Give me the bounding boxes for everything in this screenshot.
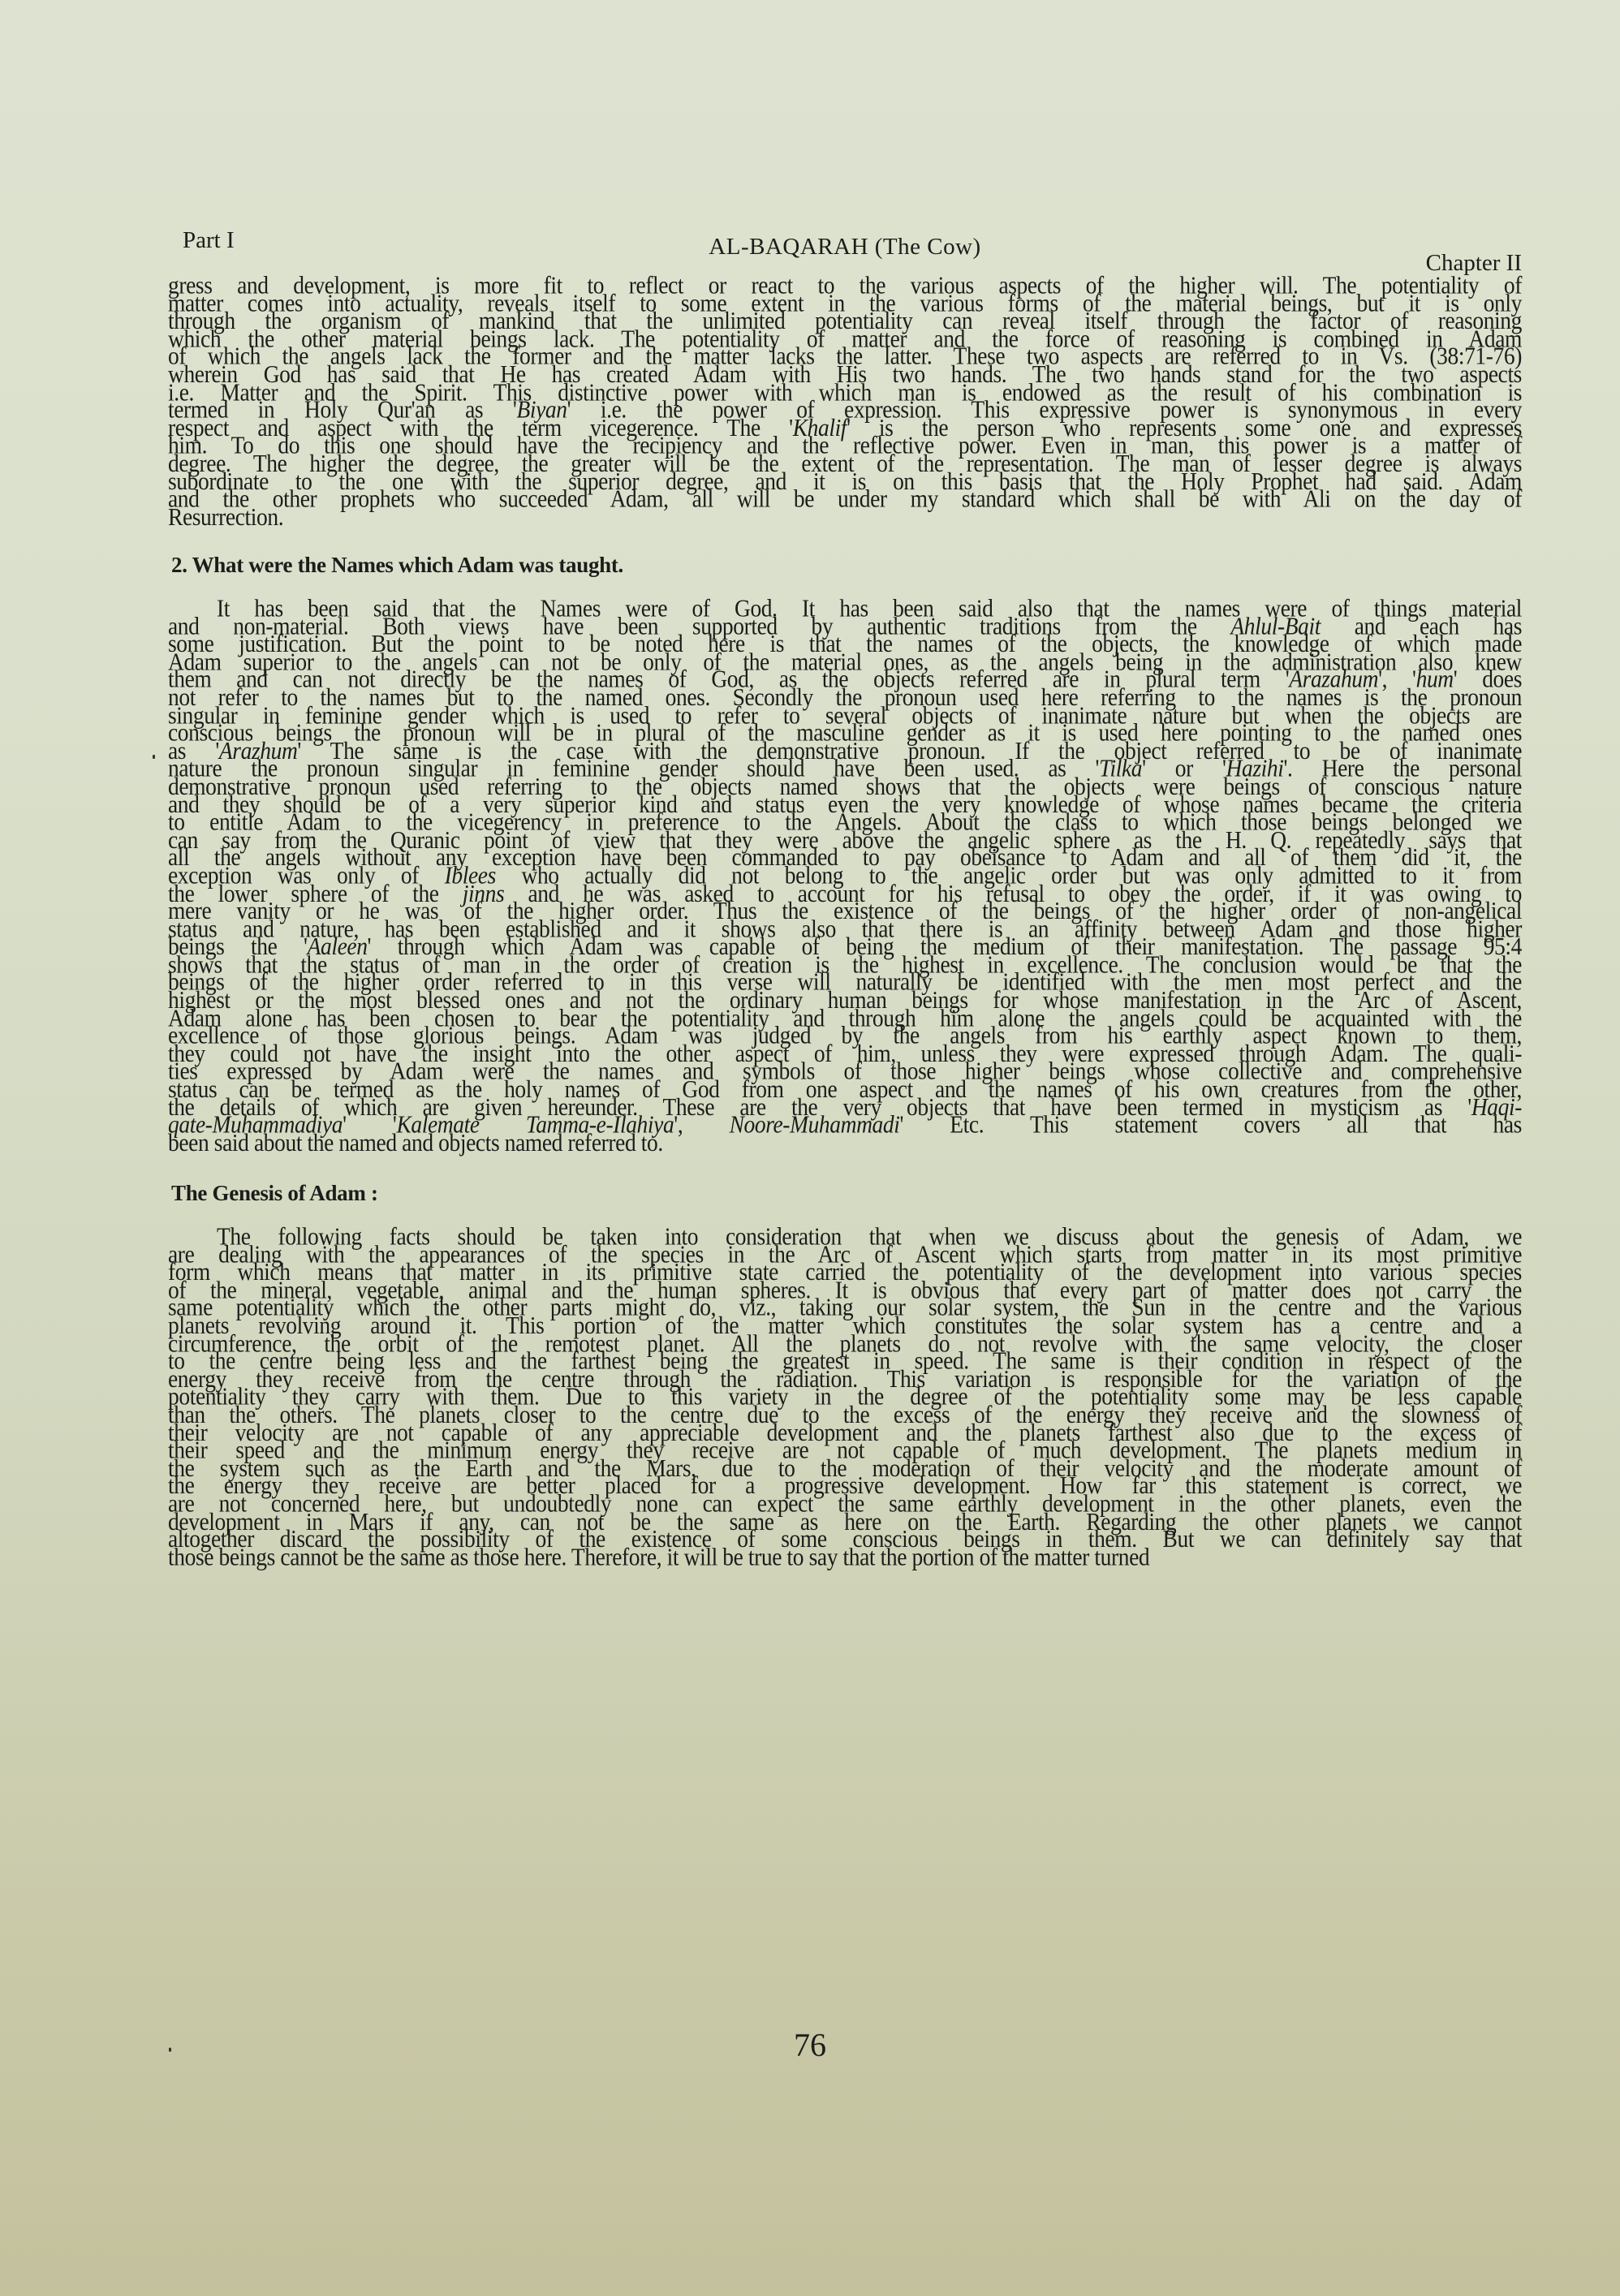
- text-line: and the other prophets who succeeded Ada…: [168, 489, 1522, 507]
- ink-speck: [169, 2048, 171, 2052]
- section-heading: 2. What were the Names which Adam was ta…: [171, 553, 1522, 578]
- surah-title: AL-BAQARAH (The Cow): [168, 234, 1522, 261]
- paragraph: It has been said that the Names were of …: [168, 599, 1522, 1151]
- page-number: 76: [0, 2026, 1620, 2064]
- book-page: Part I AL-BAQARAH (The Cow) Chapter II g…: [168, 227, 1522, 1566]
- paragraph: gress and development, is more fit to re…: [168, 276, 1522, 525]
- body-text: gress and development, is more fit to re…: [168, 276, 1522, 1566]
- ink-speck: [153, 755, 155, 759]
- section-heading: The Genesis of Adam :: [171, 1181, 1522, 1206]
- running-head: Part I AL-BAQARAH (The Cow) Chapter II: [168, 227, 1522, 276]
- paragraph: The following facts should be taken into…: [168, 1227, 1522, 1566]
